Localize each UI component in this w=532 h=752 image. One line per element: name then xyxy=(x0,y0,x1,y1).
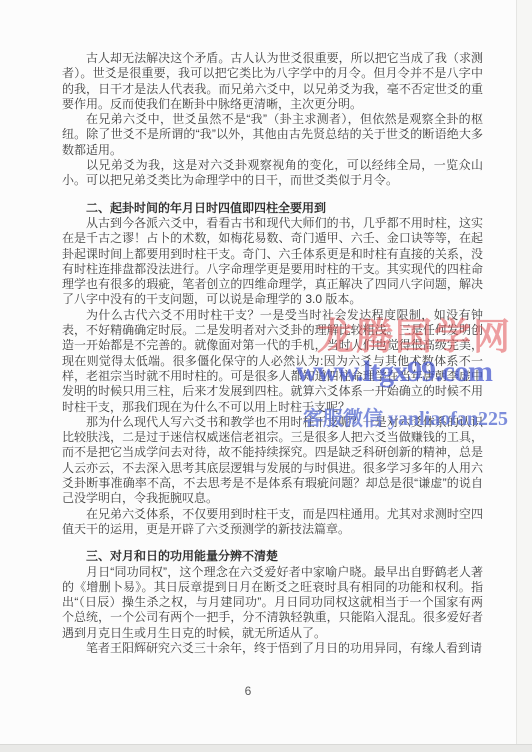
paragraph: 为什么古代六爻不用时柱干支？一是受当时社会发达程度限制，如没有钟表，不好精确确定… xyxy=(62,308,483,415)
paragraph: 从古到今各派六爻中，看看古书和现代大师们的书，几乎都不用时柱，这实在是千古之谬！… xyxy=(62,216,483,308)
paragraph: 在兄弟六爻体系，不仅要用到时柱干支，而是四柱通用。尤其对求测时空四值天干的运用，… xyxy=(62,507,483,538)
scanner-background-strip xyxy=(0,744,532,752)
section-heading: 二、起卦时间的年月日时四值即四柱全要用到 xyxy=(62,201,483,216)
paragraph: 以兄弟爻为我，这是对六爻卦观察视角的变化，可以经纬全局，一览众山小。可以把兄弟爻… xyxy=(62,158,483,189)
paragraph: 古人却无法解决这个矛盾。古人认为世爻很重要，所以把它当成了我（求测者）。世爻是很… xyxy=(62,51,483,112)
paragraph: 月日“同功同权”，这个理念在六爻爱好者中家喻户晓。最早出自野鹤老人著的《增删卜易… xyxy=(62,565,483,641)
paragraph: 在兄弟六爻中，世爻虽然不是“我”（卦主求测者），但依然是观察全卦的枢纽。除了世爻… xyxy=(62,112,483,158)
paragraph: 笔者王阳辉研究六爻三十余年，终于悟到了月日的功用异同，有缘人看到请 xyxy=(62,641,483,656)
paragraph: 那为什么现代人写六爻书和教学也不用时柱干支呢？一是对六爻体系的认识比较肤浅，二是… xyxy=(62,415,483,507)
section-heading: 三、对月和日的功用能量分辨不清楚 xyxy=(62,549,483,564)
page-right-margin xyxy=(517,0,532,745)
page-number: 6 xyxy=(236,684,260,698)
text-body: 古人却无法解决这个矛盾。古人认为世爻很重要，所以把它当成了我（求测者）。世爻是很… xyxy=(62,51,483,656)
scanned-book-page: 古人却无法解决这个矛盾。古人认为世爻很重要，所以把它当成了我（求测者）。世爻是很… xyxy=(0,0,532,752)
